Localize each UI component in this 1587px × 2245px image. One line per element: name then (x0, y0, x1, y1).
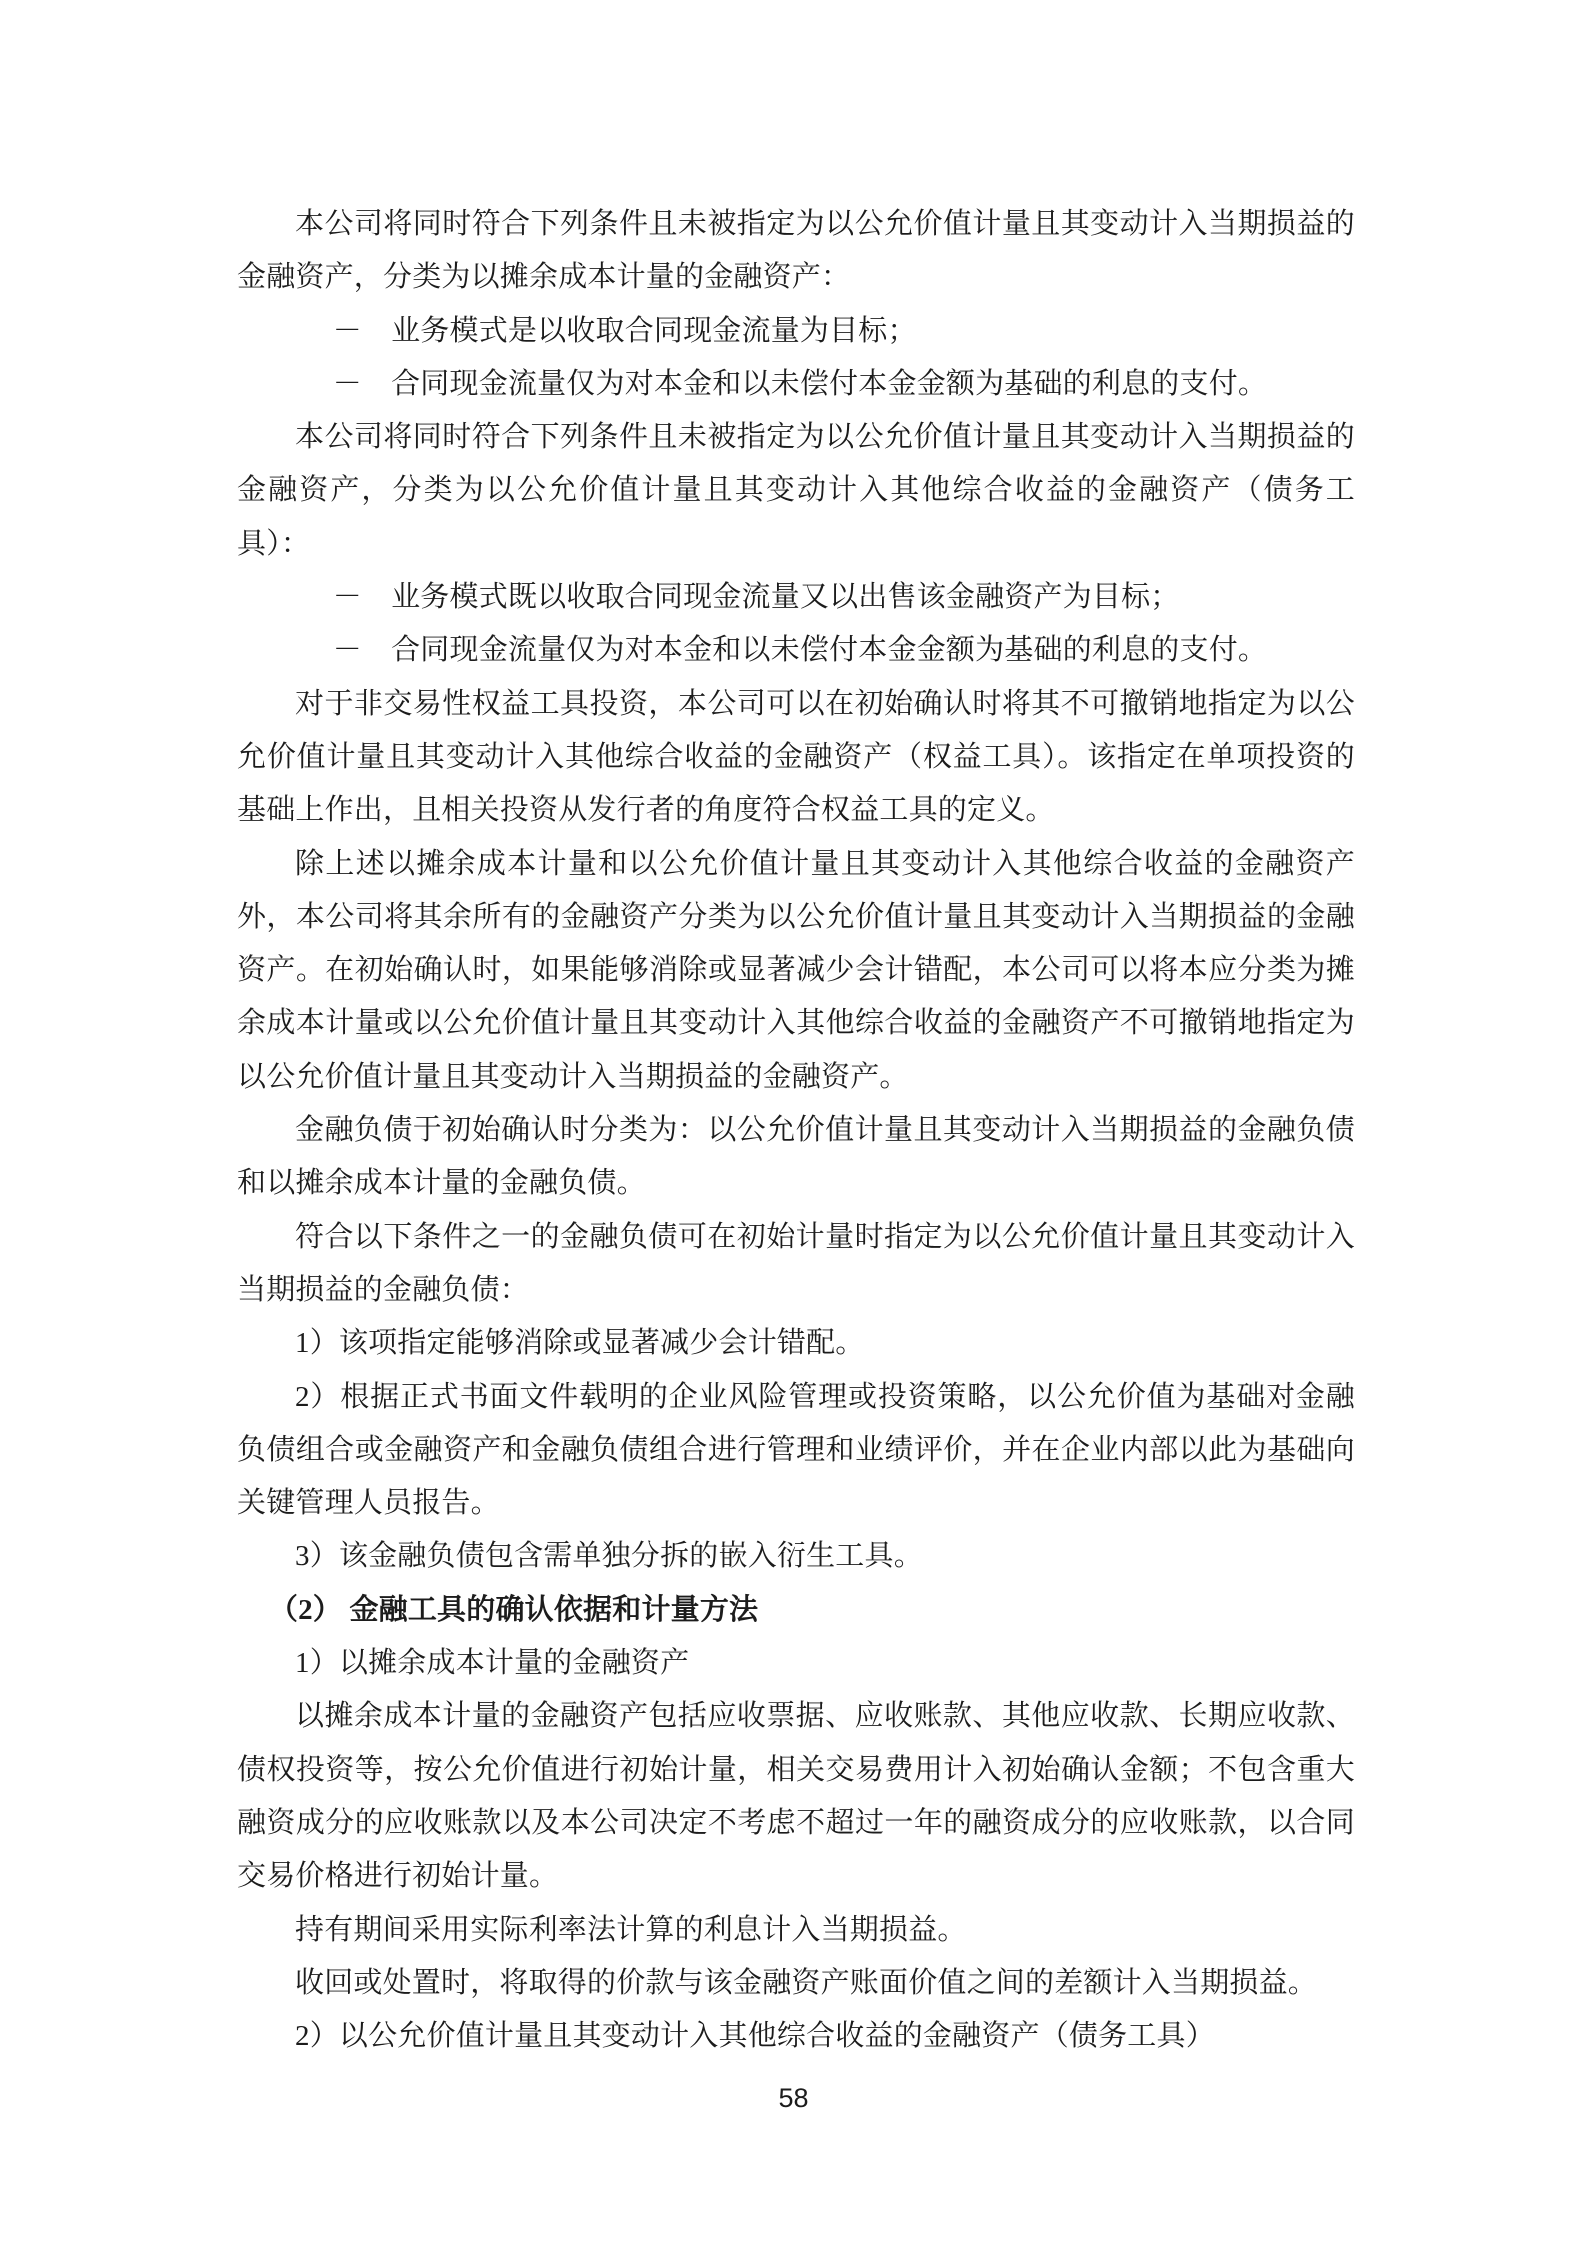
dash-list-item: － 业务模式是以收取合同现金流量为目标； (237, 305, 1355, 358)
dash-list-item: － 合同现金流量仅为对本金和以未偿付本金金额为基础的利息的支付。 (237, 358, 1355, 411)
numbered-item: 2）以公允价值计量且其变动计入其他综合收益的金融资产（债务工具） (237, 2010, 1355, 2063)
numbered-item: 1）以摊余成本计量的金融资产 (237, 1637, 1355, 1690)
body-paragraph: 除上述以摊余成本计量和以公允价值计量且其变动计入其他综合收益的金融资产外，本公司… (237, 838, 1355, 1104)
dash-list-item: － 业务模式既以收取合同现金流量又以出售该金融资产为目标； (237, 571, 1355, 624)
body-paragraph: 本公司将同时符合下列条件且未被指定为以公允价值计量且其变动计入当期损益的金融资产… (237, 411, 1355, 571)
body-paragraph: 以摊余成本计量的金融资产包括应收票据、应收账款、其他应收款、长期应收款、债权投资… (237, 1690, 1355, 1903)
body-paragraph: 本公司将同时符合下列条件且未被指定为以公允价值计量且其变动计入当期损益的金融资产… (237, 198, 1355, 305)
body-paragraph: 持有期间采用实际利率法计算的利息计入当期损益。 (237, 1904, 1355, 1957)
numbered-item: 3）该金融负债包含需单独分拆的嵌入衍生工具。 (237, 1530, 1355, 1583)
section-heading: （2） 金融工具的确认依据和计量方法 (237, 1584, 1355, 1637)
body-paragraph: 金融负债于初始确认时分类为：以公允价值计量且其变动计入当期损益的金融负债和以摊余… (237, 1104, 1355, 1211)
body-paragraph: 符合以下条件之一的金融负债可在初始计量时指定为以公允价值计量且其变动计入当期损益… (237, 1211, 1355, 1318)
numbered-item: 2）根据正式书面文件载明的企业风险管理或投资策略，以公允价值为基础对金融负债组合… (237, 1371, 1355, 1531)
page-number: 58 (0, 2082, 1587, 2114)
numbered-item: 1）该项指定能够消除或显著减少会计错配。 (237, 1317, 1355, 1370)
body-paragraph: 收回或处置时，将取得的价款与该金融资产账面价值之间的差额计入当期损益。 (237, 1957, 1355, 2010)
dash-list-item: － 合同现金流量仅为对本金和以未偿付本金金额为基础的利息的支付。 (237, 624, 1355, 677)
document-body: 本公司将同时符合下列条件且未被指定为以公允价值计量且其变动计入当期损益的金融资产… (237, 198, 1355, 2063)
body-paragraph: 对于非交易性权益工具投资，本公司可以在初始确认时将其不可撤销地指定为以公允价值计… (237, 678, 1355, 838)
document-page: 本公司将同时符合下列条件且未被指定为以公允价值计量且其变动计入当期损益的金融资产… (0, 0, 1587, 2245)
